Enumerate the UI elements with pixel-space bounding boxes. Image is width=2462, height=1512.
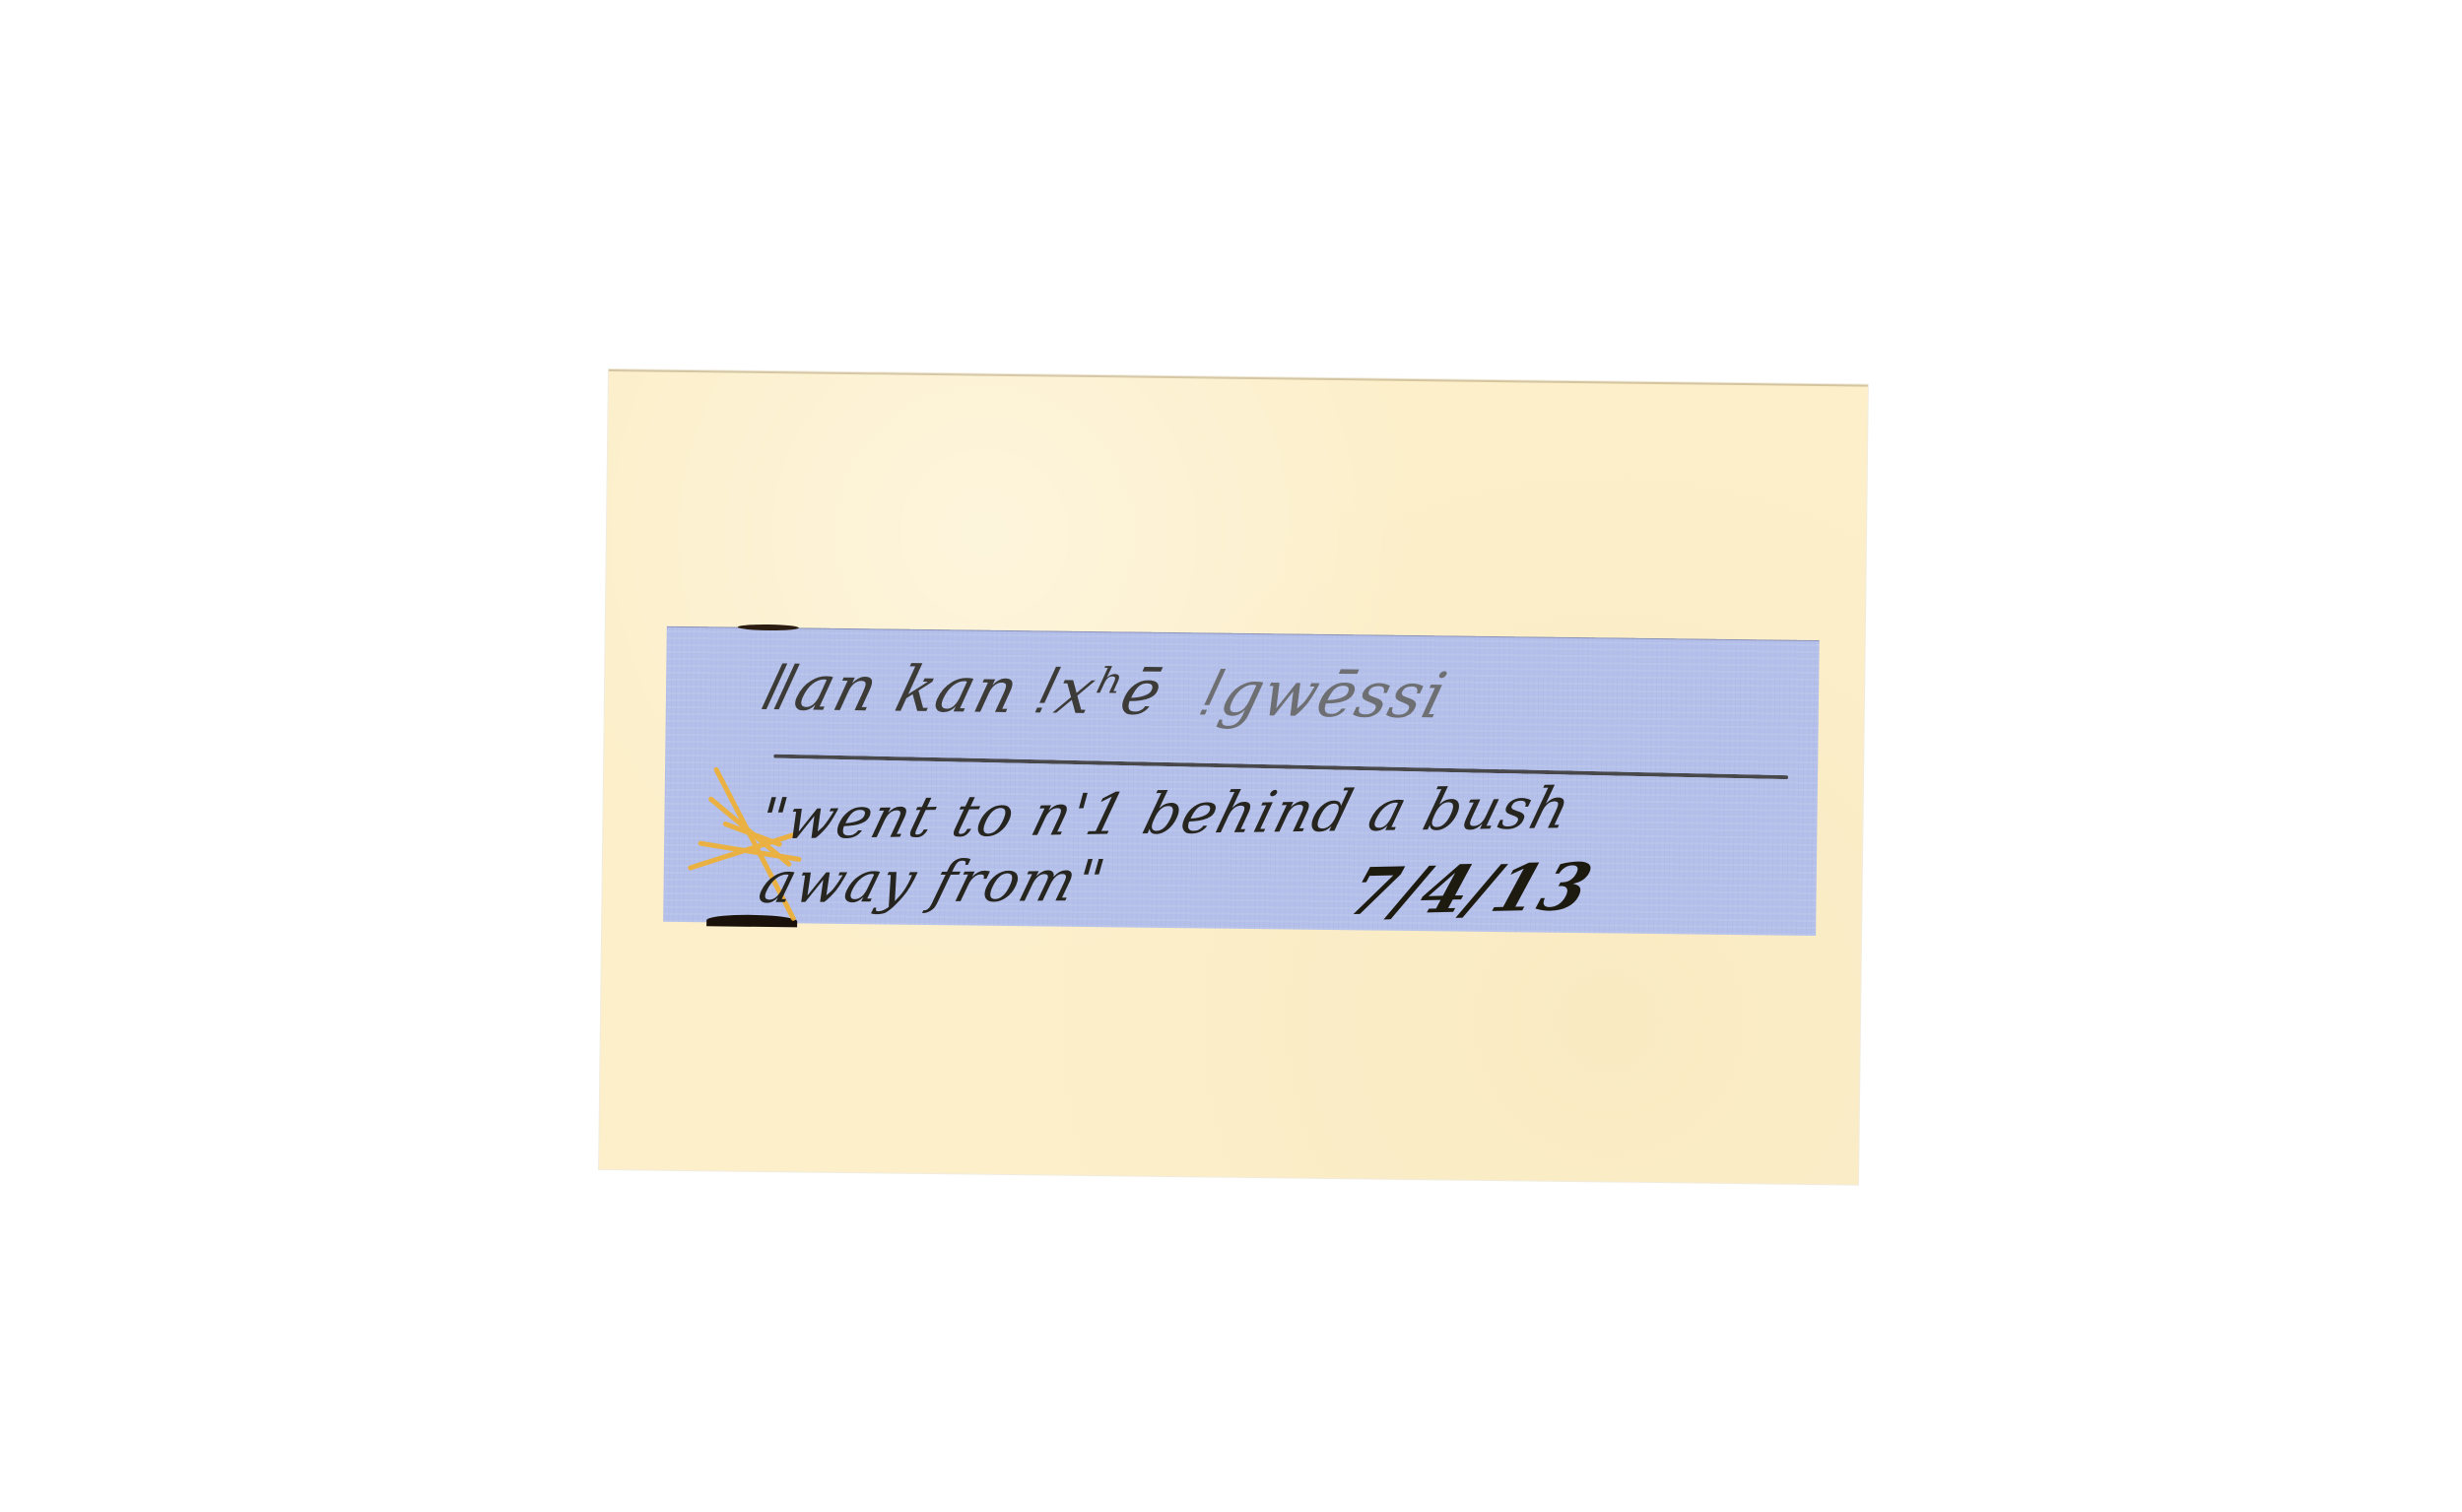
headword-underline [773,755,1788,780]
blue-paper-strip: ǁan kan ǃxʰē ǃgwēssi "went to n'1 behind… [663,626,1820,936]
gloss-line-2: away from" [752,847,1113,916]
ink-blot [738,625,799,631]
card-edge [609,369,1868,387]
date: 7/4/13 [1339,848,1602,930]
gloss-line-1: "went to n'1 behind a bush [751,774,1579,852]
headword-part2: ǃgwēssi [1193,658,1454,734]
headword: ǁan kan ǃxʰē ǃgwēssi [755,652,1454,733]
headword-part1: ǁan kan ǃxʰē [755,652,1170,730]
index-card: ǁan kan ǃxʰē ǃgwēssi "went to n'1 behind… [599,369,1868,1185]
